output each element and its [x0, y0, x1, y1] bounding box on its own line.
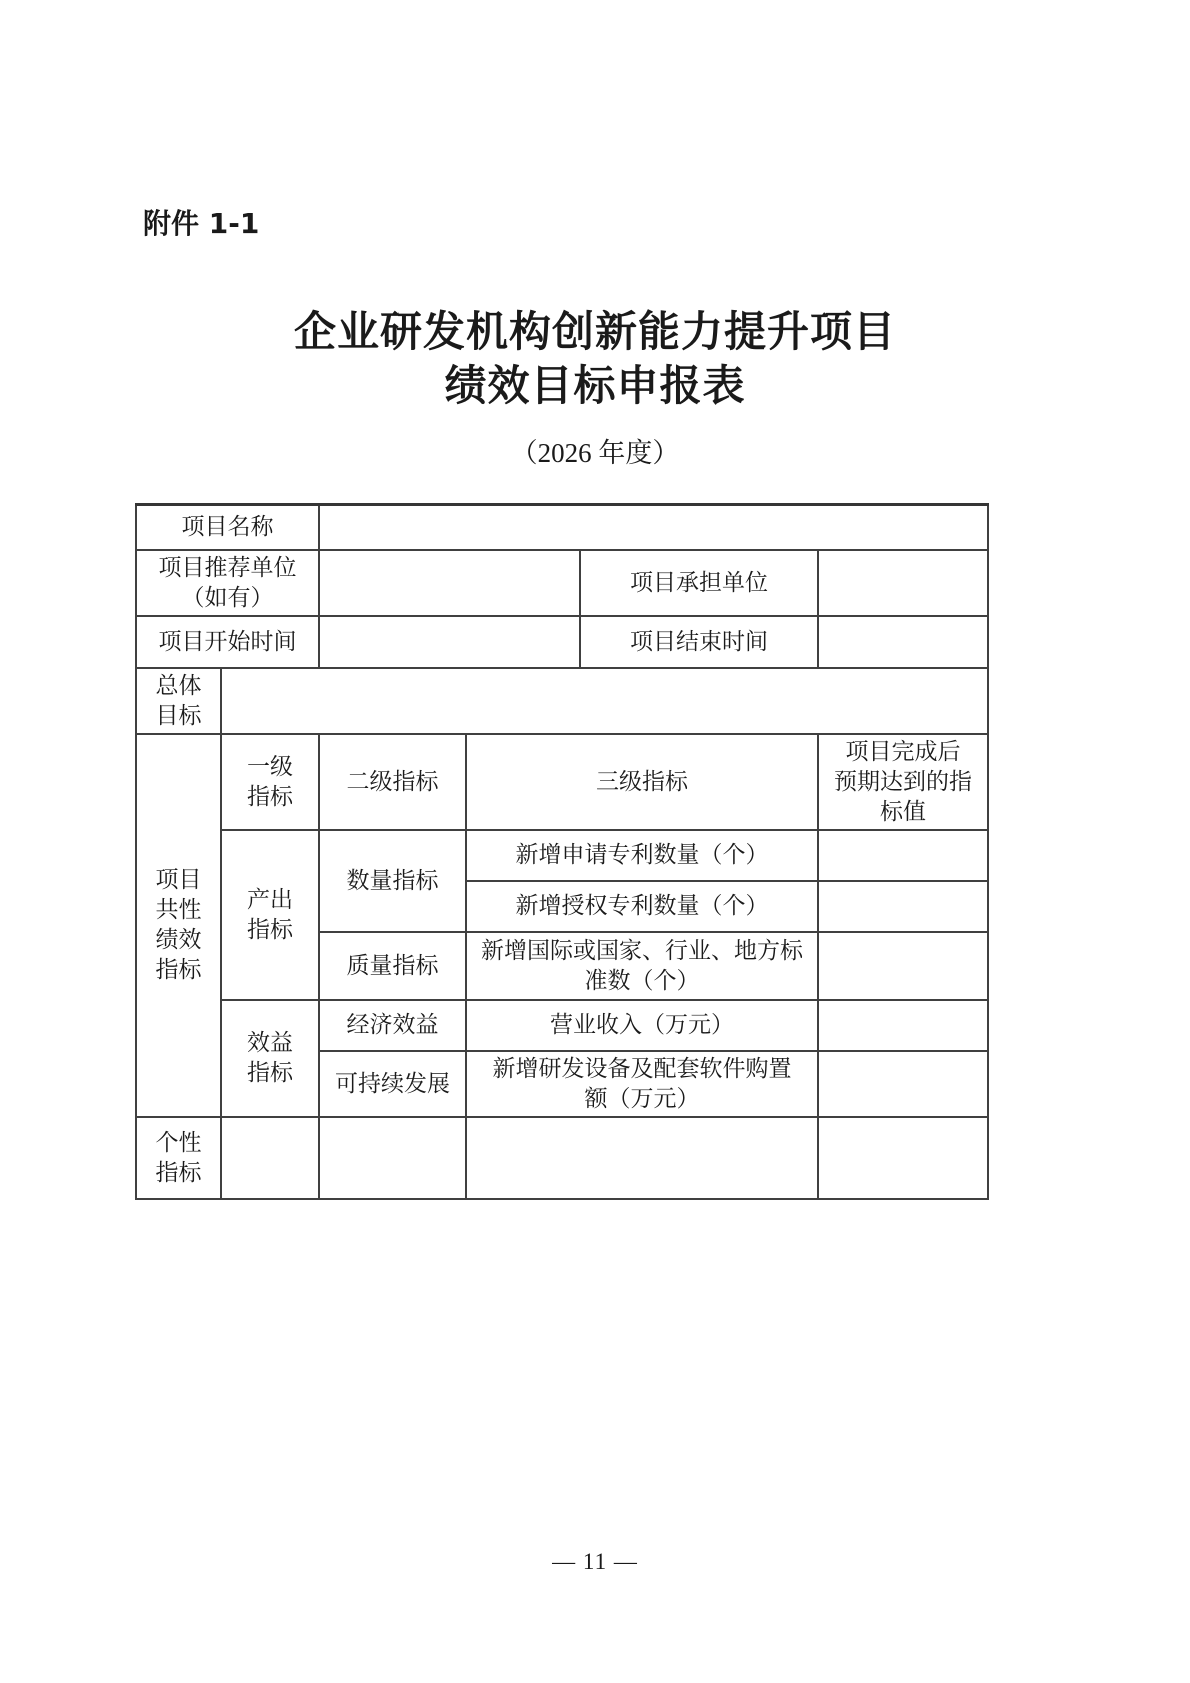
common-indicators-group-label: 项目 共性 绩效 指标	[136, 734, 221, 1117]
document-title: 企业研发机构创新能力提升项目 绩效目标申报表	[0, 306, 1190, 414]
document-page: 附件 1-1 企业研发机构创新能力提升项目 绩效目标申报表 （2026 年度） …	[0, 0, 1190, 1683]
end-time-value	[818, 616, 988, 668]
row-units: 项目推荐单位 （如有） 项目承担单位	[136, 550, 988, 616]
overall-goal-label: 总体 目标	[136, 668, 221, 734]
overall-goal-value	[221, 668, 988, 734]
level3-revenue: 营业收入（万元）	[466, 1000, 818, 1051]
header-level3: 三级指标	[466, 734, 818, 830]
title-line-2: 绩效目标申报表	[0, 360, 1190, 414]
economic-benefit-label: 经济效益	[319, 1000, 466, 1051]
personality-cell-level1	[221, 1117, 319, 1199]
page-number: — 11 —	[0, 1549, 1190, 1575]
performance-target-table: 项目名称 项目推荐单位 （如有） 项目承担单位 项目开始时间 项目结束时间 总体…	[135, 503, 989, 1200]
end-time-label: 项目结束时间	[580, 616, 818, 668]
header-level2: 二级指标	[319, 734, 466, 830]
title-line-1: 企业研发机构创新能力提升项目	[0, 306, 1190, 360]
personality-cell-level3	[466, 1117, 818, 1199]
start-time-value	[319, 616, 580, 668]
sustainable-development-label: 可持续发展	[319, 1051, 466, 1117]
level3-patent-applied: 新增申请专利数量（个）	[466, 830, 818, 881]
personality-cell-expected	[818, 1117, 988, 1199]
output-indicator-label: 产出 指标	[221, 830, 319, 1000]
indicator-row-revenue: 效益 指标 经济效益 营业收入（万元）	[136, 1000, 988, 1051]
row-indicator-header: 项目 共性 绩效 指标 一级 指标 二级指标 三级指标 项目完成后 预期达到的指…	[136, 734, 988, 830]
expected-standards	[818, 932, 988, 1000]
level3-equipment: 新增研发设备及配套软件购置 额（万元）	[466, 1051, 818, 1117]
personality-indicators-label: 个性 指标	[136, 1117, 221, 1199]
expected-equipment	[818, 1051, 988, 1117]
row-overall-goal: 总体 目标	[136, 668, 988, 734]
project-name-value	[319, 505, 988, 550]
quantity-indicator-label: 数量指标	[319, 830, 466, 932]
start-time-label: 项目开始时间	[136, 616, 319, 668]
personality-cell-level2	[319, 1117, 466, 1199]
level3-standards: 新增国际或国家、行业、地方标 准数（个）	[466, 932, 818, 1000]
header-level1: 一级 指标	[221, 734, 319, 830]
attachment-label: 附件 1-1	[143, 202, 259, 242]
recommend-unit-value	[319, 550, 580, 616]
row-times: 项目开始时间 项目结束时间	[136, 616, 988, 668]
year-subtitle: （2026 年度）	[0, 431, 1190, 470]
recommend-unit-label: 项目推荐单位 （如有）	[136, 550, 319, 616]
benefit-indicator-label: 效益 指标	[221, 1000, 319, 1117]
row-personality-indicators: 个性 指标	[136, 1117, 988, 1199]
level3-patent-granted: 新增授权专利数量（个）	[466, 881, 818, 932]
expected-revenue	[818, 1000, 988, 1051]
undertake-unit-value	[818, 550, 988, 616]
indicator-row-patent-applied: 产出 指标 数量指标 新增申请专利数量（个）	[136, 830, 988, 881]
header-expected-value: 项目完成后 预期达到的指标值	[818, 734, 988, 830]
undertake-unit-label: 项目承担单位	[580, 550, 818, 616]
project-name-label: 项目名称	[136, 505, 319, 550]
expected-patent-granted	[818, 881, 988, 932]
expected-patent-applied	[818, 830, 988, 881]
row-project-name: 项目名称	[136, 505, 988, 550]
quality-indicator-label: 质量指标	[319, 932, 466, 1000]
